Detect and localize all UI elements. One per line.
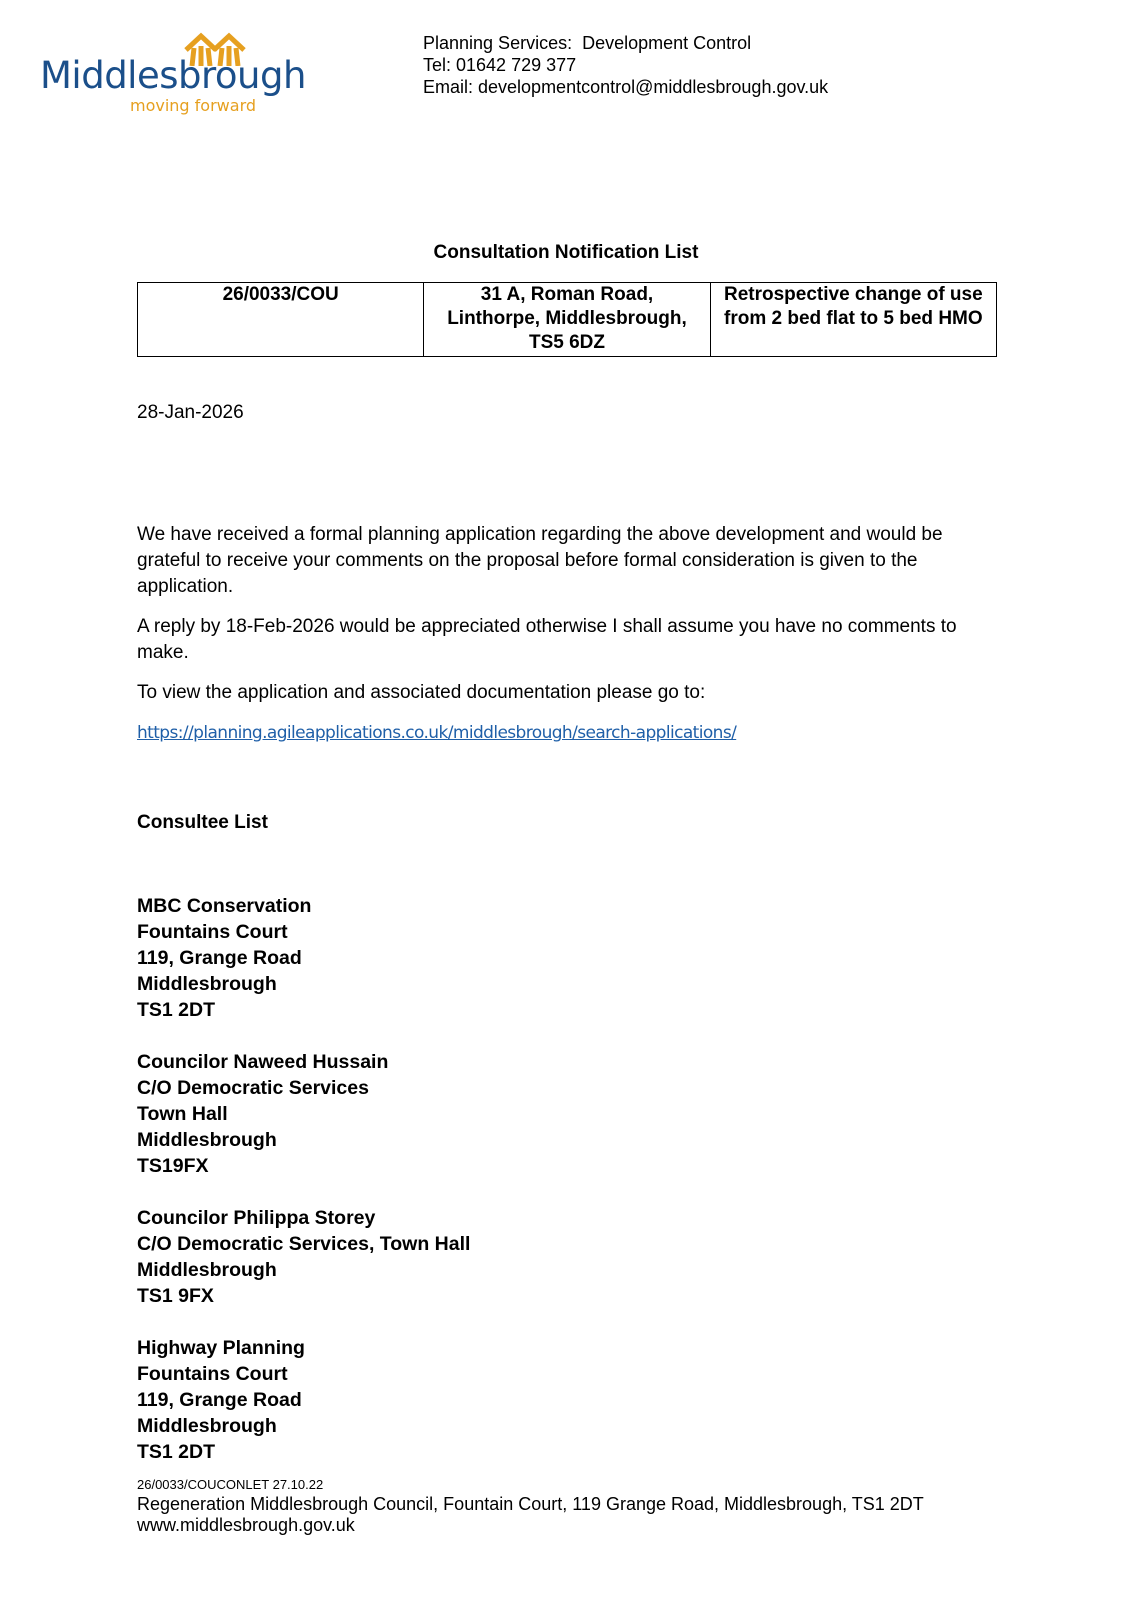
consultee-address-line: TS1 2DT bbox=[137, 997, 470, 1023]
intro-paragraph: We have received a formal planning appli… bbox=[137, 522, 997, 600]
consultee-entry: Councilor Philippa StoreyC/O Democratic … bbox=[137, 1205, 470, 1309]
consultee-list: MBC ConservationFountains Court119, Gran… bbox=[137, 893, 470, 1491]
consultee-address-line: Middlesbrough bbox=[137, 971, 470, 997]
consultee-address-line: Fountains Court bbox=[137, 919, 470, 945]
consultee-list-heading: Consultee List bbox=[137, 812, 268, 834]
consultee-address-line: Councilor Naweed Hussain bbox=[137, 1049, 470, 1075]
consultee-address-line: C/O Democratic Services, Town Hall bbox=[137, 1231, 470, 1257]
table-row: 26/0033/COU 31 A, Roman Road, Linthorpe,… bbox=[138, 283, 997, 357]
consultee-address-line: Highway Planning bbox=[137, 1335, 470, 1361]
consultee-address-line: TS19FX bbox=[137, 1153, 470, 1179]
middlesbrough-logo: Middlesbrough moving forward bbox=[38, 30, 308, 120]
application-reference: 26/0033/COU bbox=[138, 283, 424, 357]
application-table: 26/0033/COU 31 A, Roman Road, Linthorpe,… bbox=[137, 282, 997, 357]
consultee-entry: MBC ConservationFountains Court119, Gran… bbox=[137, 893, 470, 1023]
email-text: Email: developmentcontrol@middlesbrough.… bbox=[423, 76, 828, 98]
consultee-address-line: MBC Conservation bbox=[137, 893, 470, 919]
footer-address-block: Regeneration Middlesbrough Council, Foun… bbox=[137, 1494, 924, 1536]
consultee-address-line: TS1 9FX bbox=[137, 1283, 470, 1309]
telephone-text: Tel: 01642 729 377 bbox=[423, 54, 828, 76]
department-text: Planning Services: Development Control bbox=[423, 32, 828, 54]
planning-search-link[interactable]: https://planning.agileapplications.co.uk… bbox=[137, 723, 736, 743]
letter-date: 28-Jan-2026 bbox=[137, 402, 244, 424]
consultee-address-line: 119, Grange Road bbox=[137, 1387, 470, 1413]
view-paragraph: To view the application and associated d… bbox=[137, 680, 997, 706]
page-title: Consultation Notification List bbox=[0, 242, 1132, 264]
footer-reference: 26/0033/COUCONLET 27.10.22 bbox=[137, 1477, 323, 1492]
logo-wordmark: Middlesbrough bbox=[40, 54, 306, 97]
consultee-address-line: Fountains Court bbox=[137, 1361, 470, 1387]
consultee-address-line: Middlesbrough bbox=[137, 1413, 470, 1439]
consultee-address-line: Town Hall bbox=[137, 1101, 470, 1127]
consultee-entry: Councilor Naweed HussainC/O Democratic S… bbox=[137, 1049, 470, 1179]
logo-tagline: moving forward bbox=[130, 96, 256, 115]
consultee-address-line: Councilor Philippa Storey bbox=[137, 1205, 470, 1231]
consultee-address-line: C/O Democratic Services bbox=[137, 1075, 470, 1101]
footer-website: www.middlesbrough.gov.uk bbox=[137, 1515, 924, 1536]
reply-paragraph: A reply by 18-Feb-2026 would be apprecia… bbox=[137, 614, 997, 666]
letter-body: We have received a formal planning appli… bbox=[137, 522, 997, 760]
application-address: 31 A, Roman Road, Linthorpe, Middlesbrou… bbox=[424, 283, 710, 357]
contact-block: Planning Services: Development Control T… bbox=[423, 32, 828, 98]
consultee-address-line: TS1 2DT bbox=[137, 1439, 470, 1465]
consultee-address-line: 119, Grange Road bbox=[137, 945, 470, 971]
application-description: Retrospective change of use from 2 bed f… bbox=[710, 283, 996, 357]
consultee-address-line: Middlesbrough bbox=[137, 1127, 470, 1153]
footer-address: Regeneration Middlesbrough Council, Foun… bbox=[137, 1494, 924, 1515]
consultee-entry: Highway PlanningFountains Court119, Gran… bbox=[137, 1335, 470, 1465]
consultee-address-line: Middlesbrough bbox=[137, 1257, 470, 1283]
